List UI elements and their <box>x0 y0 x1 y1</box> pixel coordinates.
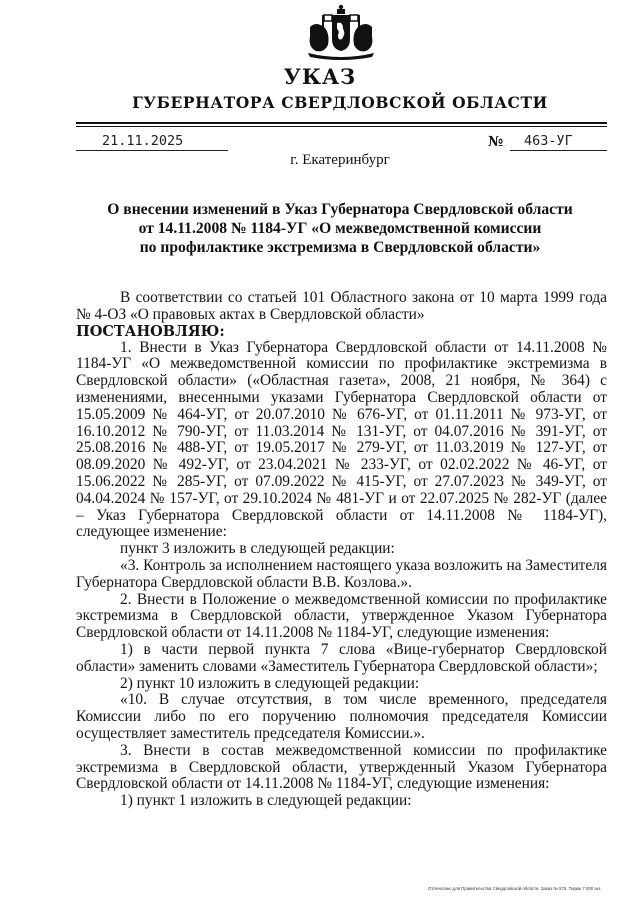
paragraph-1-sub: пункт 3 изложить в следующей редакции: <box>76 541 607 558</box>
decree-page: УКАЗ ГУБЕРНАТОРА СВЕРДЛОВСКОЙ ОБЛАСТИ 21… <box>0 0 640 905</box>
heading-line: О внесении изменений в Указ Губернатора … <box>90 200 590 219</box>
decree-number: 463-УГ <box>524 133 573 149</box>
decree-date: 21.11.2025 <box>102 133 183 149</box>
paragraph-1: 1. Внести в Указ Губернатора Свердловско… <box>76 340 607 542</box>
paragraph-3-item-1: 1) пункт 1 изложить в следующей редакции… <box>76 793 607 810</box>
print-note: Отпечатано для Правительства Свердловско… <box>428 886 602 891</box>
issue-city: г. Екатеринбург <box>0 152 640 169</box>
coat-of-arms-icon <box>302 3 380 63</box>
paragraph-2: 2. Внести в Положение о межведомственной… <box>76 592 607 642</box>
preamble: В соответствии со статьей 101 Областного… <box>76 290 607 324</box>
header-divider-thick <box>76 122 607 124</box>
decree-date-field: 21.11.2025 <box>76 132 228 151</box>
issuer-title: ГУБЕРНАТОРА СВЕРДЛОВСКОЙ ОБЛАСТИ <box>0 93 640 112</box>
paragraph-2-item-2: 2) пункт 10 изложить в следующей редакци… <box>76 676 607 693</box>
number-sign: № <box>488 134 503 150</box>
decree-body: В соответствии со статьей 101 Областного… <box>76 290 607 810</box>
paragraph-1-quote: «3. Контроль за исполнением настоящего у… <box>76 558 607 592</box>
paragraph-2-item-1: 1) в части первой пункта 7 слова «Вице-г… <box>76 642 607 676</box>
heading-line: по профилактике экстремизма в Свердловск… <box>90 238 590 257</box>
decree-heading: О внесении изменений в Указ Губернатора … <box>90 200 590 257</box>
paragraph-3: 3. Внести в состав межведомственной коми… <box>76 743 607 793</box>
decree-word: ПОСТАНОВЛЯЮ: <box>76 324 607 340</box>
document-type-title: УКАЗ <box>0 64 640 89</box>
header-divider-thin <box>76 126 607 127</box>
decree-number-field: 463-УГ <box>510 132 607 151</box>
paragraph-2-quote: «10. В случае отсутствия, в том числе вр… <box>76 692 607 742</box>
heading-line: от 14.11.2008 № 1184-УГ «О межведомствен… <box>90 219 590 238</box>
